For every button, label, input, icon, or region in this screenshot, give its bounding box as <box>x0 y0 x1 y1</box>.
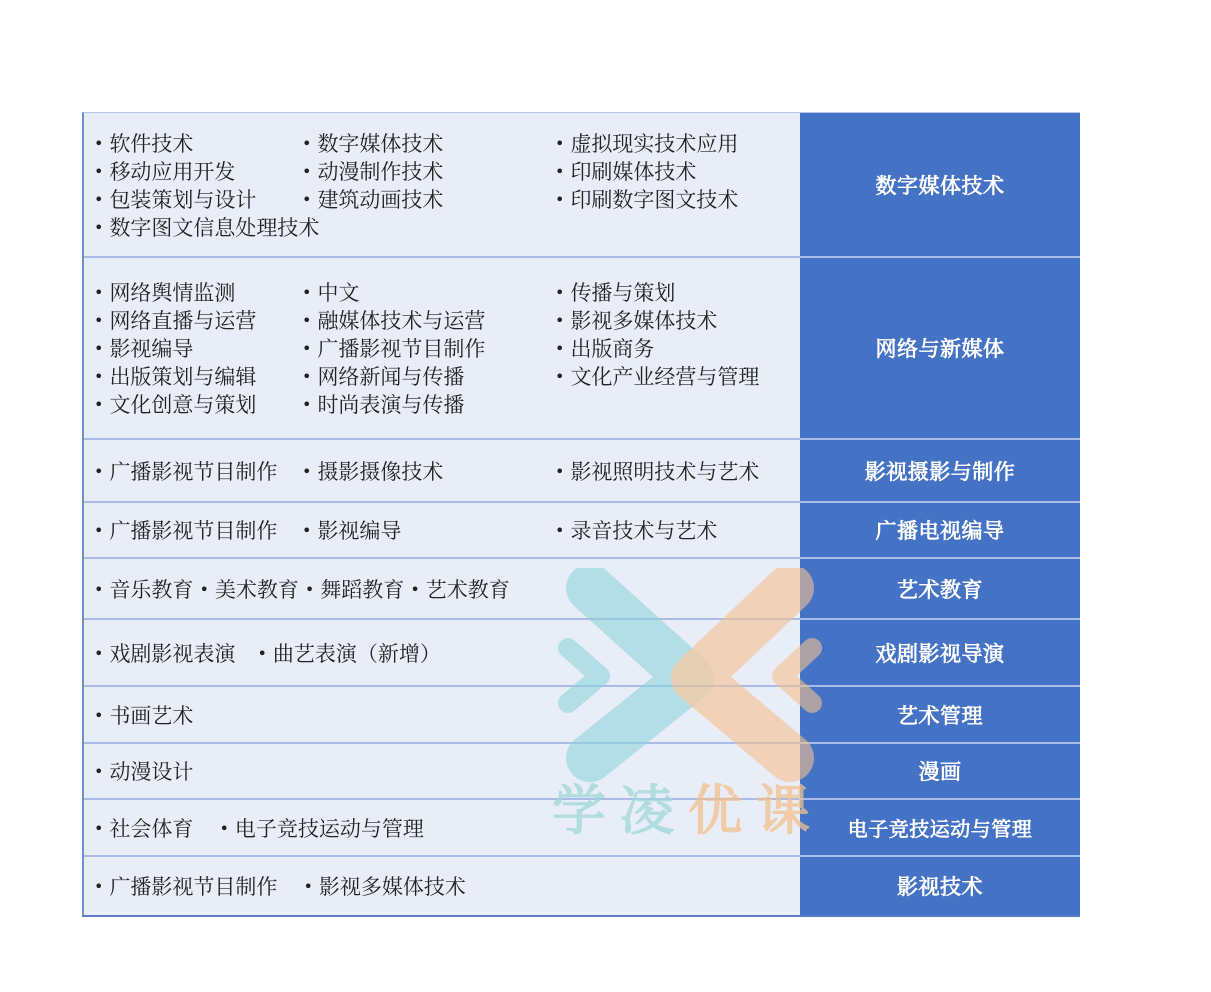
category-cell: 影视技术 <box>800 857 1080 915</box>
major-item: 舞蹈教育 <box>305 574 404 604</box>
related-majors-cell: 广播影视节目制作影视多媒体技术 <box>84 857 800 915</box>
related-majors-cell: 书画艺术 <box>84 687 800 742</box>
major-item: 时尚表演与传播 <box>302 389 555 419</box>
major-item: 虚拟现实技术应用 <box>555 128 738 158</box>
major-item: 中文 <box>302 277 555 307</box>
major-item: 动漫设计 <box>94 756 193 786</box>
major-item: 传播与策划 <box>555 277 675 307</box>
major-item: 出版策划与编辑 <box>94 361 302 391</box>
major-item: 数字图文信息处理技术 <box>94 212 319 242</box>
related-majors-cell: 社会体育电子竞技运动与管理 <box>84 800 800 855</box>
table-row: 网络舆情监测中文传播与策划 网络直播与运营融媒体技术与运营影视多媒体技术 影视编… <box>84 258 1080 440</box>
major-item: 文化创意与策划 <box>94 389 302 419</box>
category-cell: 数字媒体技术 <box>800 113 1080 256</box>
major-item: 印刷媒体技术 <box>555 156 696 186</box>
major-item: 影视多媒体技术 <box>303 871 465 901</box>
major-item: 广播影视节目制作 <box>94 871 277 901</box>
category-cell: 影视摄影与制作 <box>800 440 1080 501</box>
related-majors-cell: 戏剧影视表演曲艺表演（新增） <box>84 620 800 685</box>
table-row: 软件技术数字媒体技术虚拟现实技术应用 移动应用开发动漫制作技术印刷媒体技术 包装… <box>84 113 1080 258</box>
table-row: 戏剧影视表演曲艺表演（新增） 戏剧影视导演 <box>84 620 1080 687</box>
major-item: 广播影视节目制作 <box>94 456 302 486</box>
major-item: 影视编导 <box>94 333 302 363</box>
related-majors-cell: 广播影视节目制作影视编导录音技术与艺术 <box>84 503 800 557</box>
category-cell: 漫画 <box>800 744 1080 798</box>
major-item: 影视照明技术与艺术 <box>555 456 759 486</box>
table-row: 广播影视节目制作影视多媒体技术 影视技术 <box>84 857 1080 915</box>
related-majors-cell: 网络舆情监测中文传播与策划 网络直播与运营融媒体技术与运营影视多媒体技术 影视编… <box>84 258 800 438</box>
category-cell: 艺术管理 <box>800 687 1080 742</box>
major-item: 网络新闻与传播 <box>302 361 555 391</box>
major-item: 移动应用开发 <box>94 156 302 186</box>
major-item: 音乐教育 <box>94 574 193 604</box>
major-item: 数字媒体技术 <box>302 128 555 158</box>
category-cell: 戏剧影视导演 <box>800 620 1080 685</box>
major-item: 录音技术与艺术 <box>555 515 717 545</box>
related-majors-cell: 广播影视节目制作摄影摄像技术影视照明技术与艺术 <box>84 440 800 501</box>
major-item: 建筑动画技术 <box>302 184 555 214</box>
category-cell: 广播电视编导 <box>800 503 1080 557</box>
related-majors-cell: 动漫设计 <box>84 744 800 798</box>
major-item: 艺术教育 <box>410 574 509 604</box>
major-item: 影视编导 <box>302 515 555 545</box>
major-item: 电子竞技运动与管理 <box>219 813 423 843</box>
major-item: 社会体育 <box>94 813 193 843</box>
major-item: 书画艺术 <box>94 700 193 730</box>
major-item: 网络直播与运营 <box>94 305 302 335</box>
major-item: 包装策划与设计 <box>94 184 302 214</box>
table-row: 书画艺术 艺术管理 <box>84 687 1080 744</box>
major-item: 动漫制作技术 <box>302 156 555 186</box>
major-item: 印刷数字图文技术 <box>555 184 738 214</box>
table-row: 社会体育电子竞技运动与管理 电子竞技运动与管理 <box>84 800 1080 857</box>
major-item: 广播影视节目制作 <box>94 515 302 545</box>
major-item: 影视多媒体技术 <box>555 305 717 335</box>
major-mapping-table: 软件技术数字媒体技术虚拟现实技术应用 移动应用开发动漫制作技术印刷媒体技术 包装… <box>82 112 1080 917</box>
category-cell: 艺术教育 <box>800 559 1080 618</box>
major-item: 广播影视节目制作 <box>302 333 555 363</box>
major-item: 曲艺表演（新增） <box>257 638 440 668</box>
related-majors-cell: 软件技术数字媒体技术虚拟现实技术应用 移动应用开发动漫制作技术印刷媒体技术 包装… <box>84 113 800 256</box>
table-row: 广播影视节目制作摄影摄像技术影视照明技术与艺术 影视摄影与制作 <box>84 440 1080 503</box>
major-item: 出版商务 <box>555 333 654 363</box>
table-row: 音乐教育美术教育舞蹈教育艺术教育 艺术教育 <box>84 559 1080 620</box>
related-majors-cell: 音乐教育美术教育舞蹈教育艺术教育 <box>84 559 800 618</box>
major-item: 网络舆情监测 <box>94 277 302 307</box>
table-row: 动漫设计 漫画 <box>84 744 1080 800</box>
major-item: 戏剧影视表演 <box>94 638 235 668</box>
table-row: 广播影视节目制作影视编导录音技术与艺术 广播电视编导 <box>84 503 1080 559</box>
major-item: 软件技术 <box>94 128 302 158</box>
category-cell: 电子竞技运动与管理 <box>800 800 1080 855</box>
major-item: 融媒体技术与运营 <box>302 305 555 335</box>
major-item: 美术教育 <box>199 574 298 604</box>
category-cell: 网络与新媒体 <box>800 258 1080 438</box>
major-item: 文化产业经营与管理 <box>555 361 759 391</box>
major-item: 摄影摄像技术 <box>302 456 555 486</box>
